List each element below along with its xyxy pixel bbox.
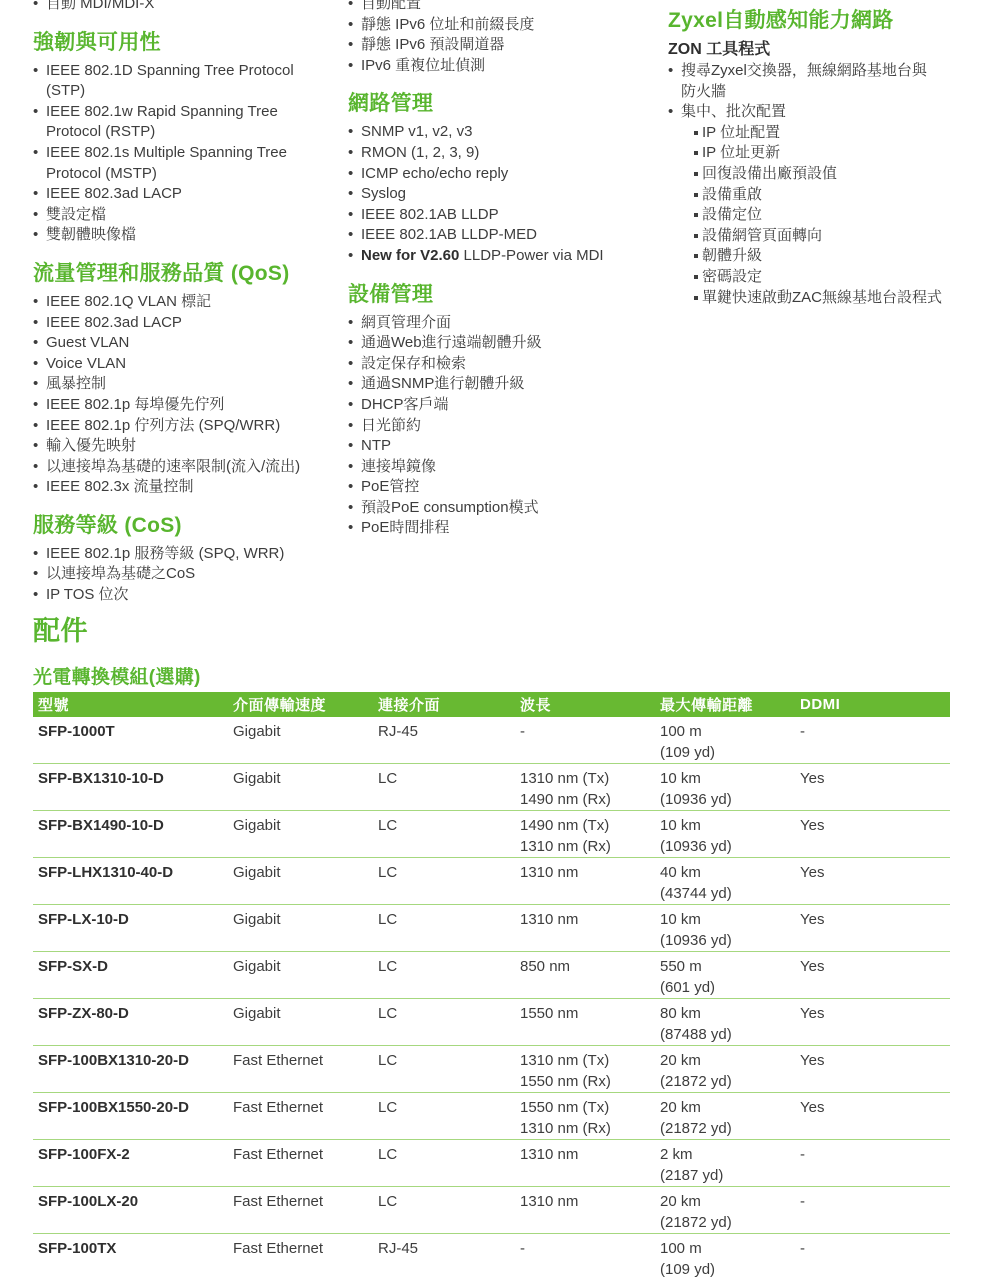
ddmi-cell: Yes — [800, 858, 950, 905]
table-row: SFP-1000TGigabitRJ-45-100 m (109 yd)- — [33, 717, 950, 764]
connector-cell: LC — [378, 1187, 520, 1234]
feature-item: 以連接埠為基礎之CoS — [33, 564, 333, 585]
speed-cell: Gigabit — [233, 811, 378, 858]
feature-item: 設備定位 — [668, 205, 990, 226]
connector-cell: LC — [378, 1093, 520, 1140]
table-body: SFP-1000TGigabitRJ-45-100 m (109 yd)-SFP… — [33, 717, 950, 1279]
feature-item: 風暴控制 — [33, 374, 333, 395]
feature-item: 通過Web進行遠端韌體升級 — [348, 333, 653, 354]
wavelength-cell: 1550 nm (Tx) 1310 nm (Rx) — [520, 1093, 660, 1140]
feature-item: 回復設備出廠預設值 — [668, 164, 990, 185]
model-cell: SFP-100BX1550-20-D — [33, 1093, 233, 1140]
feature-item: 靜態 IPv6 預設閘道器 — [348, 35, 653, 56]
feature-item: 通過SNMP進行韌體升級 — [348, 374, 653, 395]
model-cell: SFP-100LX-20 — [33, 1187, 233, 1234]
feature-item: IEEE 802.3ad LACP — [33, 313, 333, 334]
feature-list: 網頁管理介面通過Web進行遠端韌體升級設定保存和檢索通過SNMP進行韌體升級DH… — [348, 313, 653, 540]
ddmi-cell: Yes — [800, 905, 950, 952]
subsection-heading: ZON 工具程式 — [668, 39, 990, 60]
connector-cell: LC — [378, 858, 520, 905]
distance-cell: 10 km (10936 yd) — [660, 764, 800, 811]
accessories-section: 配件 光電轉換模組(選購) 型號介面傳輸速度連接介面波長最大傳輸距離DDMI S… — [33, 616, 950, 1279]
speed-cell: Gigabit — [233, 717, 378, 764]
model-cell: SFP-ZX-80-D — [33, 999, 233, 1046]
feature-item: DHCP客戶端 — [348, 395, 653, 416]
column-features-right: Zyxel自動感知能力網路ZON 工具程式搜尋Zyxel交換器，無線網路基地台與… — [668, 8, 990, 308]
highlight-label: New for V2.60 — [361, 247, 459, 264]
model-cell: SFP-BX1310-10-D — [33, 764, 233, 811]
table-row: SFP-100FX-2Fast EthernetLC1310 nm2 km (2… — [33, 1140, 950, 1187]
table-row: SFP-100BX1550-20-DFast EthernetLC1550 nm… — [33, 1093, 950, 1140]
speed-cell: Fast Ethernet — [233, 1140, 378, 1187]
wavelength-cell: 1490 nm (Tx) 1310 nm (Rx) — [520, 811, 660, 858]
feature-item: 靜態 IPv6 位址和前綴長度 — [348, 15, 653, 36]
feature-item: 設定保存和檢索 — [348, 354, 653, 375]
section-heading: 服務等級 (CoS) — [33, 513, 333, 539]
distance-cell: 550 m (601 yd) — [660, 952, 800, 999]
wavelength-cell: 1310 nm — [520, 1187, 660, 1234]
column-features-left: 自動 MDI/MDI-X強韌與可用性IEEE 802.1D Spanning T… — [33, 0, 333, 606]
ddmi-cell: Yes — [800, 952, 950, 999]
speed-cell: Gigabit — [233, 999, 378, 1046]
table-row: SFP-LX-10-DGigabitLC1310 nm10 km (10936 … — [33, 905, 950, 952]
speed-cell: Fast Ethernet — [233, 1187, 378, 1234]
feature-item: 預設PoE consumption模式 — [348, 498, 653, 519]
feature-item: 連接埠鏡像 — [348, 457, 653, 478]
sfp-table-title: 光電轉換模組(選購) — [33, 666, 950, 690]
model-cell: SFP-100FX-2 — [33, 1140, 233, 1187]
feature-item: IP 位址配置 — [668, 123, 990, 144]
feature-item: PoE管控 — [348, 477, 653, 498]
connector-cell: LC — [378, 999, 520, 1046]
model-cell: SFP-LX-10-D — [33, 905, 233, 952]
distance-cell: 10 km (10936 yd) — [660, 905, 800, 952]
wavelength-cell: - — [520, 717, 660, 764]
ddmi-cell: - — [800, 1187, 950, 1234]
column-header-ddmi: DDMI — [800, 692, 950, 717]
distance-cell: 10 km (10936 yd) — [660, 811, 800, 858]
ddmi-cell: Yes — [800, 999, 950, 1046]
distance-cell: 100 m (109 yd) — [660, 717, 800, 764]
ddmi-cell: - — [800, 717, 950, 764]
feature-list: SNMP v1, v2, v3RMON (1, 2, 3, 9)ICMP ech… — [348, 122, 653, 266]
feature-item: ICMP echo/echo reply — [348, 164, 653, 185]
feature-item: PoE時間排程 — [348, 518, 653, 539]
feature-item: Voice VLAN — [33, 354, 333, 375]
column-header-distance: 最大傳輸距離 — [660, 692, 800, 717]
feature-item: NTP — [348, 436, 653, 457]
feature-item: 搜尋Zyxel交換器，無線網路基地台與 防火牆 — [668, 61, 990, 102]
table-row: SFP-100BX1310-20-DFast EthernetLC1310 nm… — [33, 1046, 950, 1093]
connector-cell: LC — [378, 764, 520, 811]
wavelength-cell: 1310 nm (Tx) 1550 nm (Rx) — [520, 1046, 660, 1093]
feature-item: IEEE 802.1p 每埠優先佇列 — [33, 395, 333, 416]
distance-cell: 80 km (87488 yd) — [660, 999, 800, 1046]
model-cell: SFP-LHX1310-40-D — [33, 858, 233, 905]
feature-item: 韌體升級 — [668, 246, 990, 267]
section-heading: Zyxel自動感知能力網路 — [668, 8, 990, 34]
distance-cell: 20 km (21872 yd) — [660, 1046, 800, 1093]
wavelength-cell: 1310 nm (Tx) 1490 nm (Rx) — [520, 764, 660, 811]
feature-item: 網頁管理介面 — [348, 313, 653, 334]
feature-list: 自動 MDI/MDI-X — [33, 0, 333, 15]
feature-item: 集中、批次配置 — [668, 102, 990, 123]
section-heading: 設備管理 — [348, 282, 653, 308]
feature-list: IEEE 802.1D Spanning Tree Protocol (STP)… — [33, 61, 333, 246]
column-header-speed: 介面傳輸速度 — [233, 692, 378, 717]
feature-item: IEEE 802.1w Rapid Spanning Tree Protocol… — [33, 102, 333, 143]
model-cell: SFP-SX-D — [33, 952, 233, 999]
table-row: SFP-BX1490-10-DGigabitLC1490 nm (Tx) 131… — [33, 811, 950, 858]
connector-cell: LC — [378, 1140, 520, 1187]
wavelength-cell: 1550 nm — [520, 999, 660, 1046]
model-cell: SFP-BX1490-10-D — [33, 811, 233, 858]
feature-item: SNMP v1, v2, v3 — [348, 122, 653, 143]
ddmi-cell: Yes — [800, 1046, 950, 1093]
feature-item: 輸入優先映射 — [33, 436, 333, 457]
model-cell: SFP-1000T — [33, 717, 233, 764]
sfp-module-table: 型號介面傳輸速度連接介面波長最大傳輸距離DDMI SFP-1000TGigabi… — [33, 692, 950, 1279]
column-header-wavelength: 波長 — [520, 692, 660, 717]
feature-item: IP 位址更新 — [668, 143, 990, 164]
section-heading: 網路管理 — [348, 91, 653, 117]
sub-feature-list: IP 位址配置IP 位址更新回復設備出廠預設值設備重啟設備定位設備網管頁面轉向韌… — [668, 123, 990, 308]
feature-item: IEEE 802.1D Spanning Tree Protocol (STP) — [33, 61, 333, 102]
feature-list: IEEE 802.1Q VLAN 標記IEEE 802.3ad LACPGues… — [33, 292, 333, 498]
connector-cell: LC — [378, 905, 520, 952]
column-header-model: 型號 — [33, 692, 233, 717]
feature-item: 設備重啟 — [668, 185, 990, 206]
connector-cell: RJ-45 — [378, 717, 520, 764]
column-header-connector: 連接介面 — [378, 692, 520, 717]
table-row: SFP-100LX-20Fast EthernetLC1310 nm20 km … — [33, 1187, 950, 1234]
feature-item: IP TOS 位次 — [33, 585, 333, 606]
feature-item: IEEE 802.3x 流量控制 — [33, 477, 333, 498]
wavelength-cell: 1310 nm — [520, 1140, 660, 1187]
table-row: SFP-SX-DGigabitLC850 nm550 m (601 yd)Yes — [33, 952, 950, 999]
feature-item: 設備網管頁面轉向 — [668, 226, 990, 247]
distance-cell: 2 km (2187 yd) — [660, 1140, 800, 1187]
speed-cell: Gigabit — [233, 764, 378, 811]
connector-cell: LC — [378, 952, 520, 999]
speed-cell: Fast Ethernet — [233, 1093, 378, 1140]
feature-item: Syslog — [348, 184, 653, 205]
table-row: SFP-ZX-80-DGigabitLC1550 nm80 km (87488 … — [33, 999, 950, 1046]
ddmi-cell: - — [800, 1140, 950, 1187]
wavelength-cell: - — [520, 1234, 660, 1279]
feature-item: IEEE 802.1s Multiple Spanning Tree Proto… — [33, 143, 333, 184]
wavelength-cell: 1310 nm — [520, 905, 660, 952]
section-heading: 強韌與可用性 — [33, 30, 333, 56]
distance-cell: 100 m (109 yd) — [660, 1234, 800, 1279]
feature-item: 自動 MDI/MDI-X — [33, 0, 333, 15]
wavelength-cell: 1310 nm — [520, 858, 660, 905]
speed-cell: Fast Ethernet — [233, 1046, 378, 1093]
feature-item: 單鍵快速啟動ZAC無線基地台設程式 — [668, 288, 990, 309]
ddmi-cell: - — [800, 1234, 950, 1279]
feature-item: IPv6 重複位址偵測 — [348, 56, 653, 77]
distance-cell: 20 km (21872 yd) — [660, 1187, 800, 1234]
table-row: SFP-100TXFast EthernetRJ-45-100 m (109 y… — [33, 1234, 950, 1279]
distance-cell: 20 km (21872 yd) — [660, 1093, 800, 1140]
accessories-title: 配件 — [33, 616, 950, 646]
datasheet-page: 自動 MDI/MDI-X強韌與可用性IEEE 802.1D Spanning T… — [0, 0, 1000, 1279]
feature-list: 自動配置靜態 IPv6 位址和前綴長度靜態 IPv6 預設閘道器IPv6 重複位… — [348, 0, 653, 76]
model-cell: SFP-100BX1310-20-D — [33, 1046, 233, 1093]
feature-item: 雙設定檔 — [33, 205, 333, 226]
feature-item: RMON (1, 2, 3, 9) — [348, 143, 653, 164]
feature-item: 自動配置 — [348, 0, 653, 15]
feature-item: IEEE 802.1AB LLDP-MED — [348, 225, 653, 246]
table-row: SFP-LHX1310-40-DGigabitLC1310 nm40 km (4… — [33, 858, 950, 905]
distance-cell: 40 km (43744 yd) — [660, 858, 800, 905]
feature-item: IEEE 802.1p 佇列方法 (SPQ/WRR) — [33, 416, 333, 437]
feature-item: Guest VLAN — [33, 333, 333, 354]
feature-item: IEEE 802.3ad LACP — [33, 184, 333, 205]
ddmi-cell: Yes — [800, 764, 950, 811]
ddmi-cell: Yes — [800, 811, 950, 858]
ddmi-cell: Yes — [800, 1093, 950, 1140]
feature-item: 以連接埠為基礎的速率限制(流入/流出) — [33, 457, 333, 478]
speed-cell: Gigabit — [233, 858, 378, 905]
feature-item: 日光節約 — [348, 416, 653, 437]
feature-item: 密碼設定 — [668, 267, 990, 288]
wavelength-cell: 850 nm — [520, 952, 660, 999]
feature-item: New for V2.60 LLDP-Power via MDI — [348, 246, 653, 267]
feature-item: IEEE 802.1p 服務等級 (SPQ, WRR) — [33, 544, 333, 565]
feature-item: 雙韌體映像檔 — [33, 225, 333, 246]
column-features-middle: 自動配置靜態 IPv6 位址和前綴長度靜態 IPv6 預設閘道器IPv6 重複位… — [348, 0, 653, 539]
table-row: SFP-BX1310-10-DGigabitLC1310 nm (Tx) 149… — [33, 764, 950, 811]
connector-cell: LC — [378, 1046, 520, 1093]
connector-cell: RJ-45 — [378, 1234, 520, 1279]
feature-list: IEEE 802.1p 服務等級 (SPQ, WRR)以連接埠為基礎之CoSIP… — [33, 544, 333, 606]
speed-cell: Gigabit — [233, 905, 378, 952]
feature-list: 搜尋Zyxel交換器，無線網路基地台與 防火牆集中、批次配置 — [668, 61, 990, 123]
feature-item: IEEE 802.1AB LLDP — [348, 205, 653, 226]
connector-cell: LC — [378, 811, 520, 858]
table-header-row: 型號介面傳輸速度連接介面波長最大傳輸距離DDMI — [33, 692, 950, 717]
model-cell: SFP-100TX — [33, 1234, 233, 1279]
speed-cell: Fast Ethernet — [233, 1234, 378, 1279]
speed-cell: Gigabit — [233, 952, 378, 999]
section-heading: 流量管理和服務品質 (QoS) — [33, 261, 333, 287]
feature-item: IEEE 802.1Q VLAN 標記 — [33, 292, 333, 313]
